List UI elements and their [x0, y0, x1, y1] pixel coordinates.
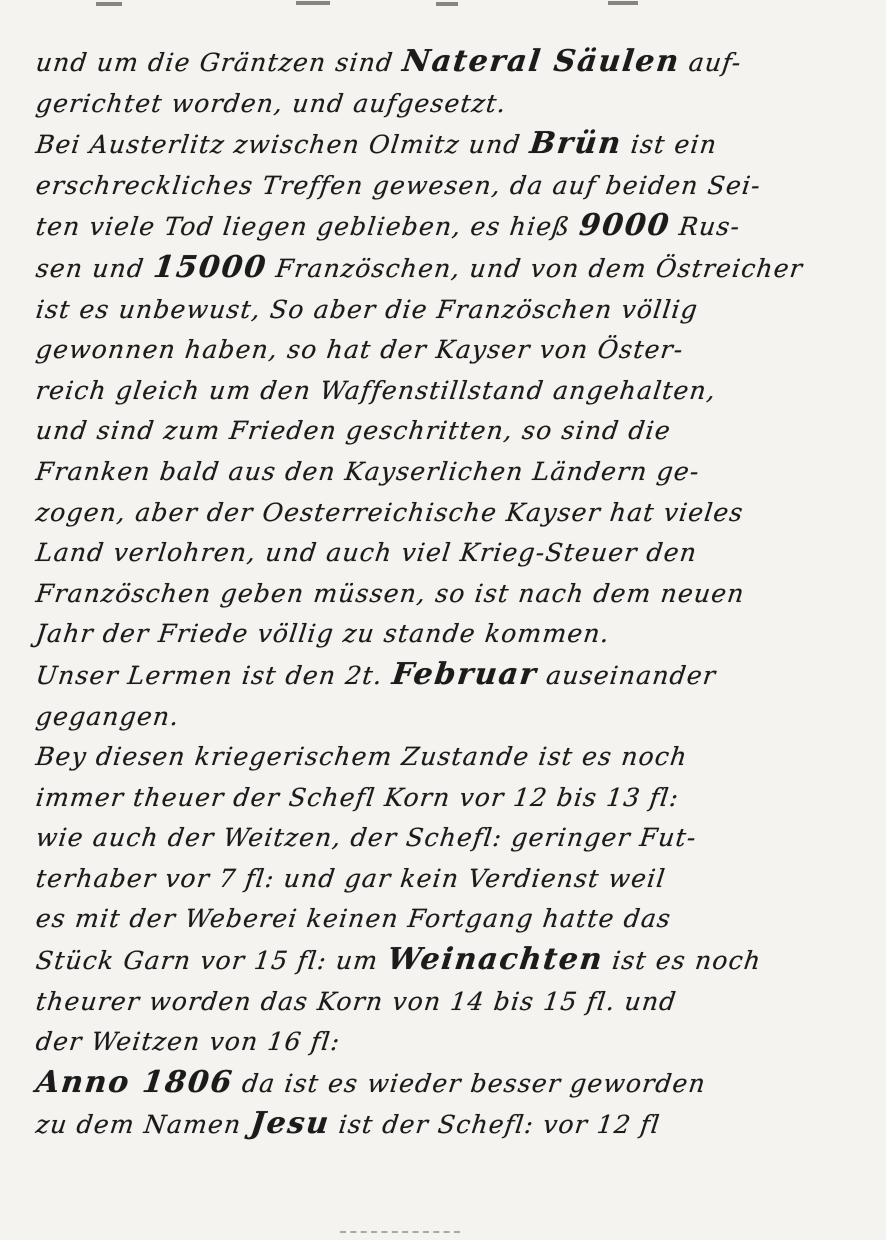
manuscript-line: gewonnen haben, so hat der Kayser von Ös…: [34, 330, 869, 371]
manuscript-line: Stück Garn vor 15 fl: um Weinachten ist …: [33, 940, 868, 982]
manuscript-text-segment: Unser Lermen ist den 2t.: [34, 661, 394, 690]
manuscript-text-segment: 9000: [577, 208, 672, 243]
manuscript-text-segment: erschreckliches Treffen gewesen, da auf …: [34, 171, 762, 200]
manuscript-page: und um die Gräntzen sind Nateral Säulen …: [0, 0, 886, 1240]
manuscript-text-segment: Nateral Säulen: [401, 44, 683, 79]
manuscript-line: zu dem Namen Jesu ist der Schefl: vor 12…: [33, 1104, 868, 1146]
manuscript-text-segment: Rus-: [668, 212, 742, 241]
manuscript-text-segment: ist der Schefl: vor 12 fl: [328, 1110, 662, 1139]
manuscript-text-segment: wie auch der Weitzen, der Schefl: gering…: [34, 823, 698, 852]
scan-artifact: [608, 1, 638, 5]
manuscript-line: der Weitzen von 16 fl:: [34, 1022, 869, 1063]
manuscript-text-segment: gegangen.: [34, 702, 181, 731]
manuscript-line: ten viele Tod liegen geblieben, es hieß …: [33, 206, 868, 248]
manuscript-text-segment: terhaber vor 7 fl: und gar kein Verdiens…: [34, 864, 667, 893]
manuscript-text-segment: der Weitzen von 16 fl:: [34, 1027, 342, 1056]
manuscript-text-segment: ten viele Tod liegen geblieben, es hieß: [34, 212, 581, 241]
manuscript-line: ist es unbewust, So aber die Französchen…: [34, 290, 869, 331]
manuscript-text-segment: Brün: [528, 126, 624, 161]
manuscript-line: gegangen.: [34, 697, 869, 738]
manuscript-text-segment: es mit der Weberei keinen Fortgang hatte…: [34, 904, 673, 933]
manuscript-text-segment: Bey diesen kriegerischem Zustande ist es…: [34, 742, 689, 771]
manuscript-text-segment: und sind zum Frieden geschritten, so sin…: [34, 416, 673, 445]
manuscript-text-segment: zogen, aber der Oesterreichische Kayser …: [34, 498, 745, 527]
manuscript-text-segment: immer theuer der Schefl Korn vor 12 bis …: [34, 783, 681, 812]
manuscript-text-segment: sen und: [34, 254, 155, 283]
manuscript-text-segment: und um die Gräntzen sind: [34, 48, 404, 77]
manuscript-text-segment: Weinachten: [385, 942, 605, 977]
manuscript-line: Bey diesen kriegerischem Zustande ist es…: [34, 737, 869, 778]
manuscript-text-segment: reich gleich um den Waffenstillstand ang…: [34, 376, 718, 405]
manuscript-line: und um die Gräntzen sind Nateral Säulen …: [33, 42, 868, 84]
manuscript-line: wie auch der Weitzen, der Schefl: gering…: [34, 818, 869, 859]
manuscript-line: Jahr der Friede völlig zu stande kommen.: [34, 614, 869, 655]
manuscript-line: zogen, aber der Oesterreichische Kayser …: [34, 493, 869, 534]
manuscript-line: sen und 15000 Französchen, und von dem Ö…: [33, 248, 868, 290]
manuscript-line: und sind zum Frieden geschritten, so sin…: [34, 411, 869, 452]
scan-artifact: [436, 2, 458, 6]
manuscript-text-segment: gewonnen haben, so hat der Kayser von Ös…: [34, 335, 685, 364]
manuscript-text-segment: Land verlohren, und auch viel Krieg-Steu…: [34, 538, 699, 567]
manuscript-text: und um die Gräntzen sind Nateral Säulen …: [36, 42, 866, 1146]
manuscript-text-segment: ist es noch: [602, 946, 764, 975]
manuscript-line: Bei Austerlitz zwischen Olmitz und Brün …: [33, 124, 868, 166]
manuscript-text-segment: auf-: [678, 48, 743, 77]
manuscript-line: Franken bald aus den Kayserlichen Länder…: [34, 452, 869, 493]
manuscript-line: Unser Lermen ist den 2t. Februar auseina…: [33, 655, 868, 697]
manuscript-text-segment: Anno 1806: [34, 1065, 235, 1100]
manuscript-text-segment: theurer worden das Korn von 14 bis 15 fl…: [34, 987, 678, 1016]
manuscript-text-segment: Französchen geben müssen, so ist nach de…: [34, 579, 746, 608]
manuscript-line: theurer worden das Korn von 14 bis 15 fl…: [34, 982, 869, 1023]
manuscript-text-segment: gerichtet worden, und aufgesetzt.: [34, 89, 508, 118]
manuscript-text-segment: zu dem Namen: [34, 1110, 252, 1139]
manuscript-line: reich gleich um den Waffenstillstand ang…: [34, 371, 869, 412]
manuscript-text-segment: Französchen, und von dem Östreicher: [265, 254, 805, 283]
manuscript-text-segment: Jahr der Friede völlig zu stande kommen.: [34, 619, 611, 648]
scan-artifact: [340, 1228, 460, 1233]
manuscript-line: Anno 1806 da ist es wieder besser geword…: [33, 1063, 868, 1105]
manuscript-text-segment: da ist es wieder besser geworden: [231, 1069, 707, 1098]
manuscript-line: erschreckliches Treffen gewesen, da auf …: [34, 166, 869, 207]
manuscript-text-segment: ist ein: [620, 130, 719, 159]
scan-artifact: [96, 2, 122, 6]
manuscript-line: Französchen geben müssen, so ist nach de…: [34, 574, 869, 615]
manuscript-text-segment: Bei Austerlitz zwischen Olmitz und: [34, 130, 531, 159]
manuscript-text-segment: auseinander: [536, 661, 718, 690]
manuscript-text-segment: 15000: [151, 250, 269, 285]
manuscript-text-segment: Franken bald aus den Kayserlichen Länder…: [34, 457, 701, 486]
manuscript-text-segment: ist es unbewust, So aber die Französchen…: [34, 295, 700, 324]
manuscript-text-segment: Stück Garn vor 15 fl: um: [34, 946, 389, 975]
manuscript-text-segment: Februar: [390, 657, 539, 692]
manuscript-line: Land verlohren, und auch viel Krieg-Steu…: [34, 533, 869, 574]
manuscript-line: terhaber vor 7 fl: und gar kein Verdiens…: [34, 859, 869, 900]
manuscript-line: gerichtet worden, und aufgesetzt.: [34, 84, 869, 125]
manuscript-line: immer theuer der Schefl Korn vor 12 bis …: [34, 778, 869, 819]
manuscript-line: es mit der Weberei keinen Fortgang hatte…: [34, 899, 869, 940]
scan-artifact: [296, 1, 330, 5]
manuscript-text-segment: Jesu: [249, 1106, 332, 1141]
